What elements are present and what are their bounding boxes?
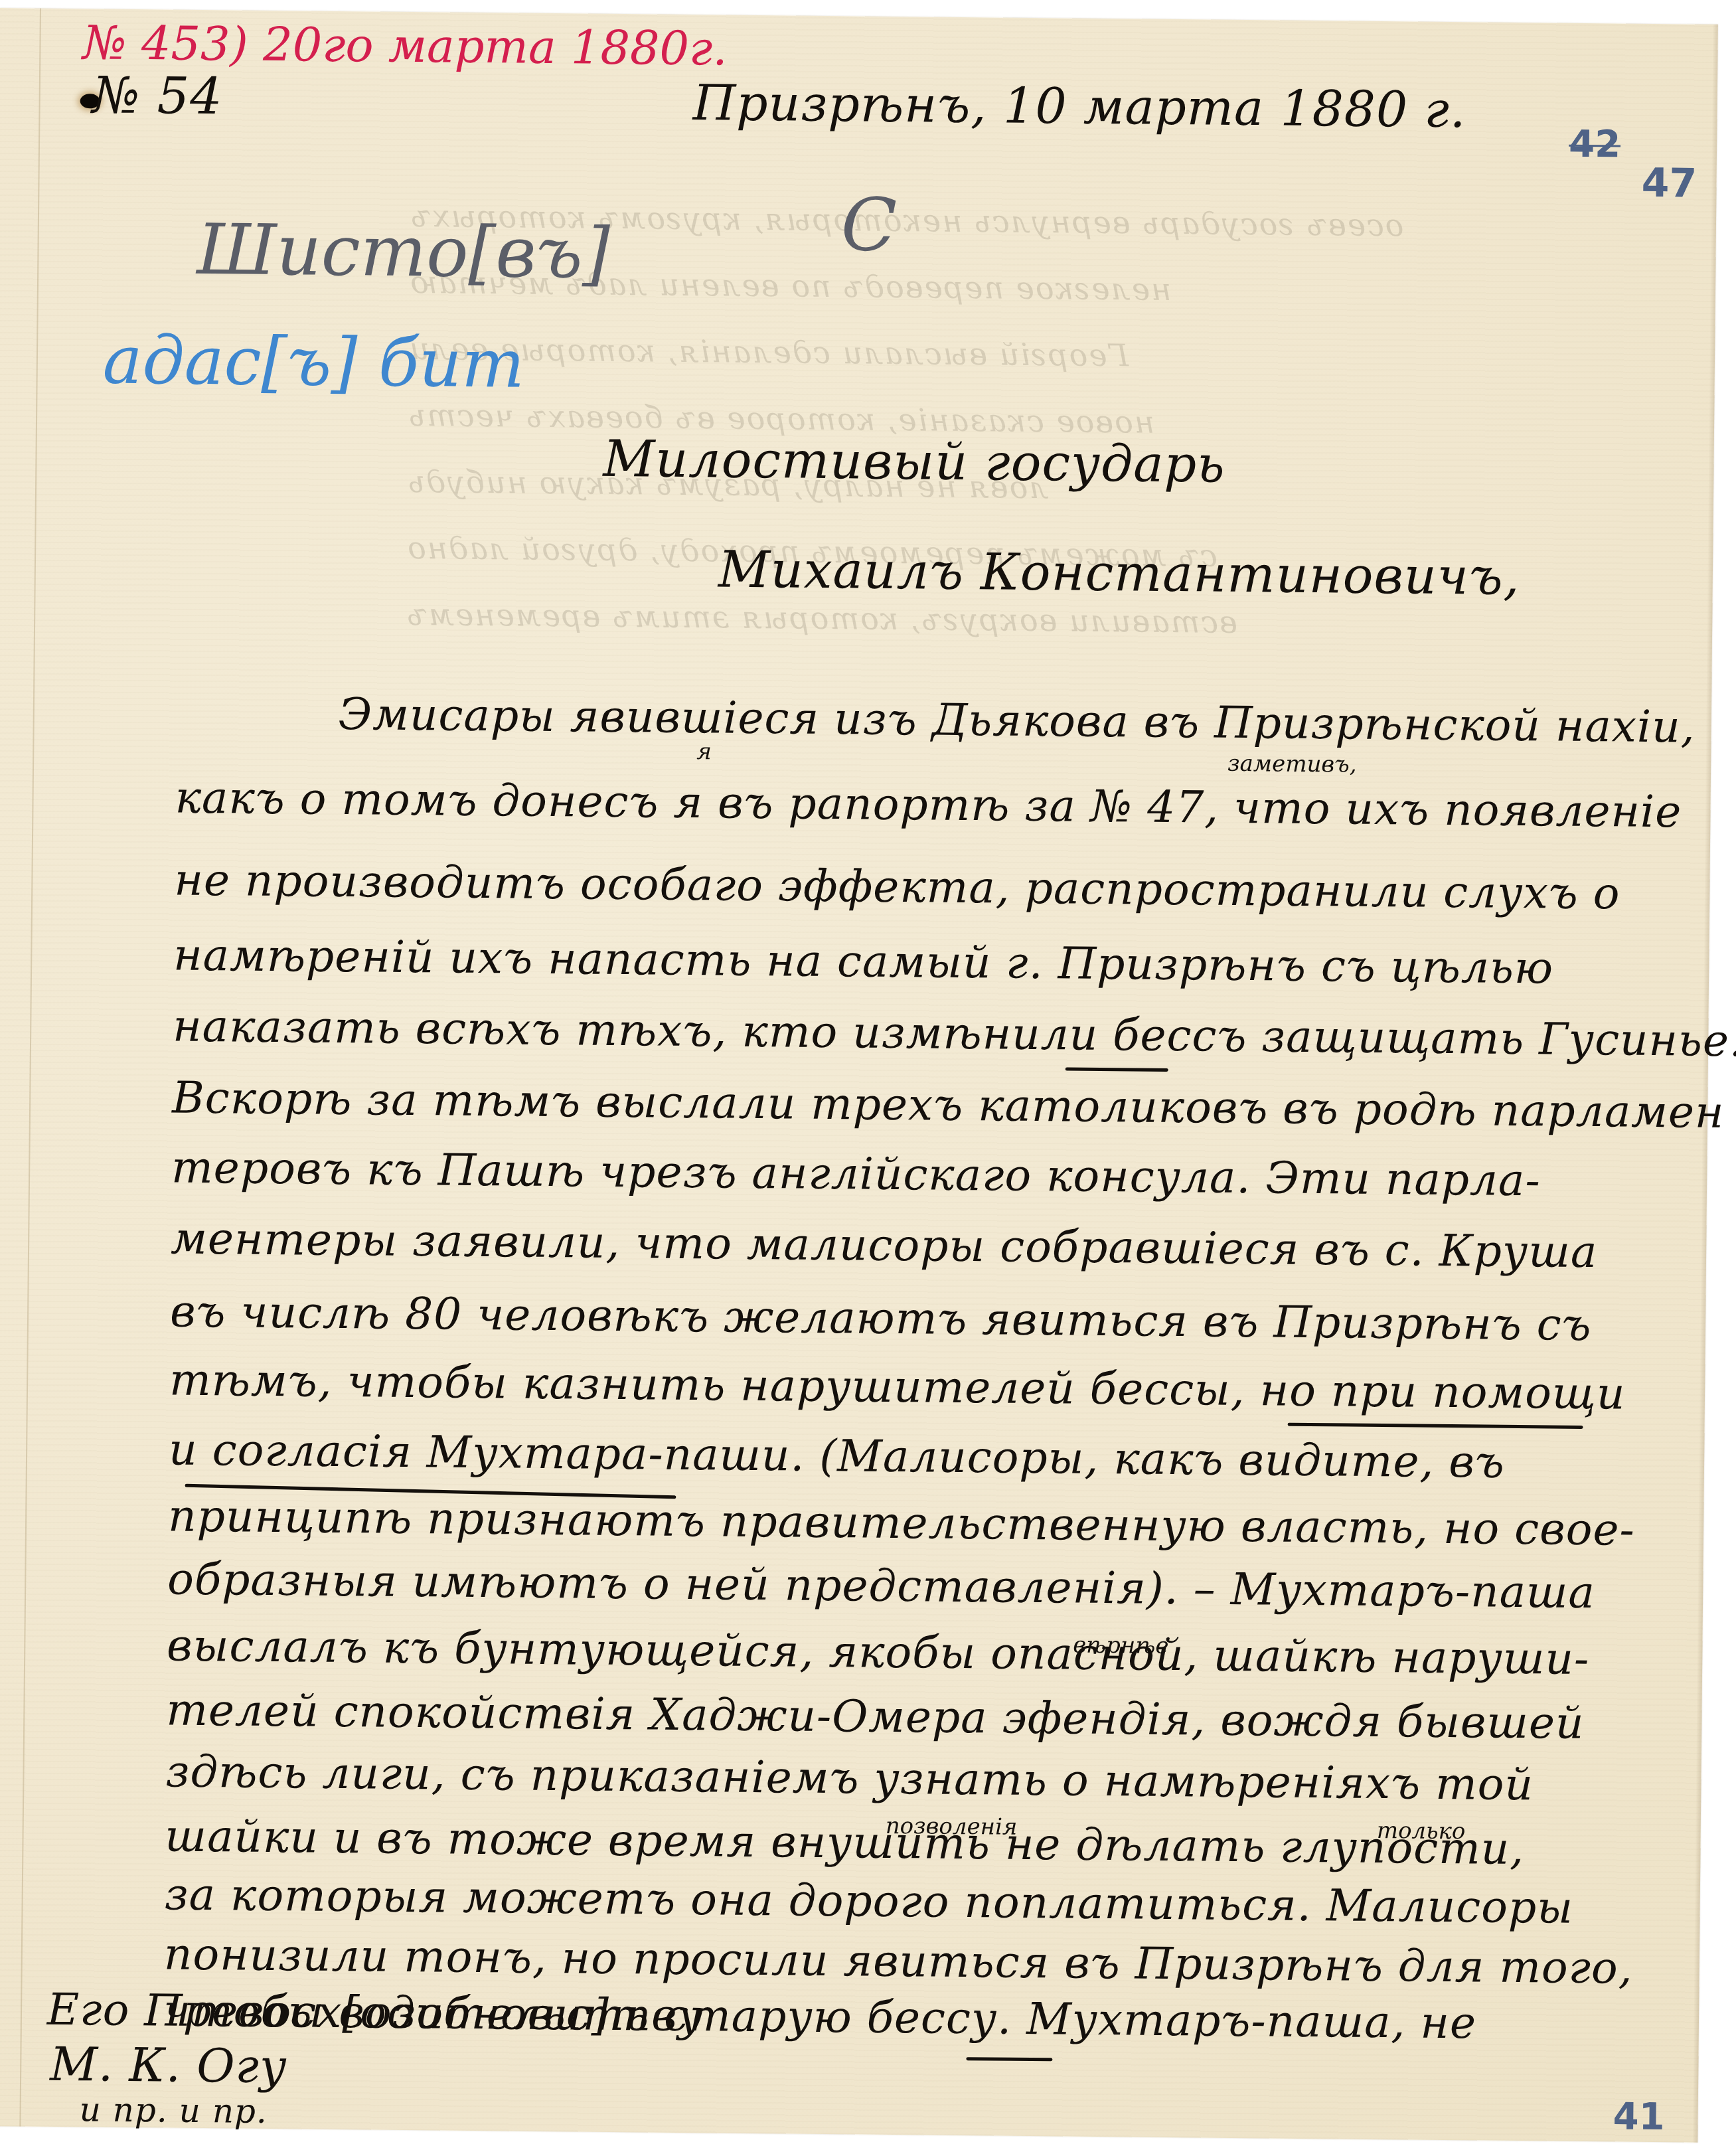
body-line: шайки и въ тоже время внушить не дѣлать …: [165, 1811, 1524, 1875]
body-line: какъ о томъ донесъ я въ рапортѣ за № 47,…: [175, 772, 1682, 838]
body-line: образныя имѣютъ о ней представленія). – …: [167, 1554, 1595, 1619]
body-line: Вскорѣ за тѣмъ выслали трехъ католиковъ …: [172, 1072, 1725, 1138]
letter-body: Эмисары явившіеся изъ Дьякова въ Призрѣн…: [0, 8, 1718, 2143]
body-line: понизили тонъ, но просили явиться въ При…: [164, 1929, 1634, 1994]
addressee-name: М. К. Огу: [50, 2037, 287, 2094]
body-line: выслалъ къ бунтующейся, якобы опасной, ш…: [167, 1620, 1590, 1685]
body-line: телей спокойствія Хаджи-Омера эфендія, в…: [166, 1685, 1585, 1750]
body-line: теровъ къ Пашѣ чрезъ англійскаго консула…: [171, 1142, 1541, 1206]
body-line: Эмисары явившіеся изъ Дьякова въ Призрѣн…: [338, 689, 1696, 753]
letter-sheet: осевъ государь вернулсь некоторыя, круго…: [0, 8, 1718, 2143]
body-line: ментеры заявили, что малисоры собравшіес…: [171, 1213, 1598, 1278]
body-line: здѣсь лиги, съ приказаніемъ узнать о нам…: [165, 1746, 1534, 1811]
body-line: и согласія Мухтара-паши. (Малисоры, какъ…: [169, 1424, 1505, 1488]
addressee-etc: и пр. и пр.: [79, 2090, 268, 2131]
addressee-title: Его Превосх[одительс]тву: [47, 1984, 704, 2041]
body-line: тѣмъ, чтобы казнить нарушителей бессы, н…: [169, 1355, 1626, 1420]
folio-bottom: 41: [1613, 2095, 1665, 2139]
body-line: наказать всѣхъ тѣхъ, кто измѣнили бессъ …: [173, 1001, 1736, 1067]
body-line: въ числѣ 80 человѣкъ желаютъ явиться въ …: [170, 1286, 1592, 1351]
body-line: намѣреній ихъ напасть на самый г. Призрѣ…: [173, 930, 1554, 994]
body-line: не производитъ особаго эффекта, распрост…: [174, 855, 1620, 920]
body-line: принципѣ признаютъ правительственную вла…: [168, 1491, 1635, 1556]
body-line: за которыя можетъ она дорого поплатиться…: [164, 1869, 1573, 1934]
